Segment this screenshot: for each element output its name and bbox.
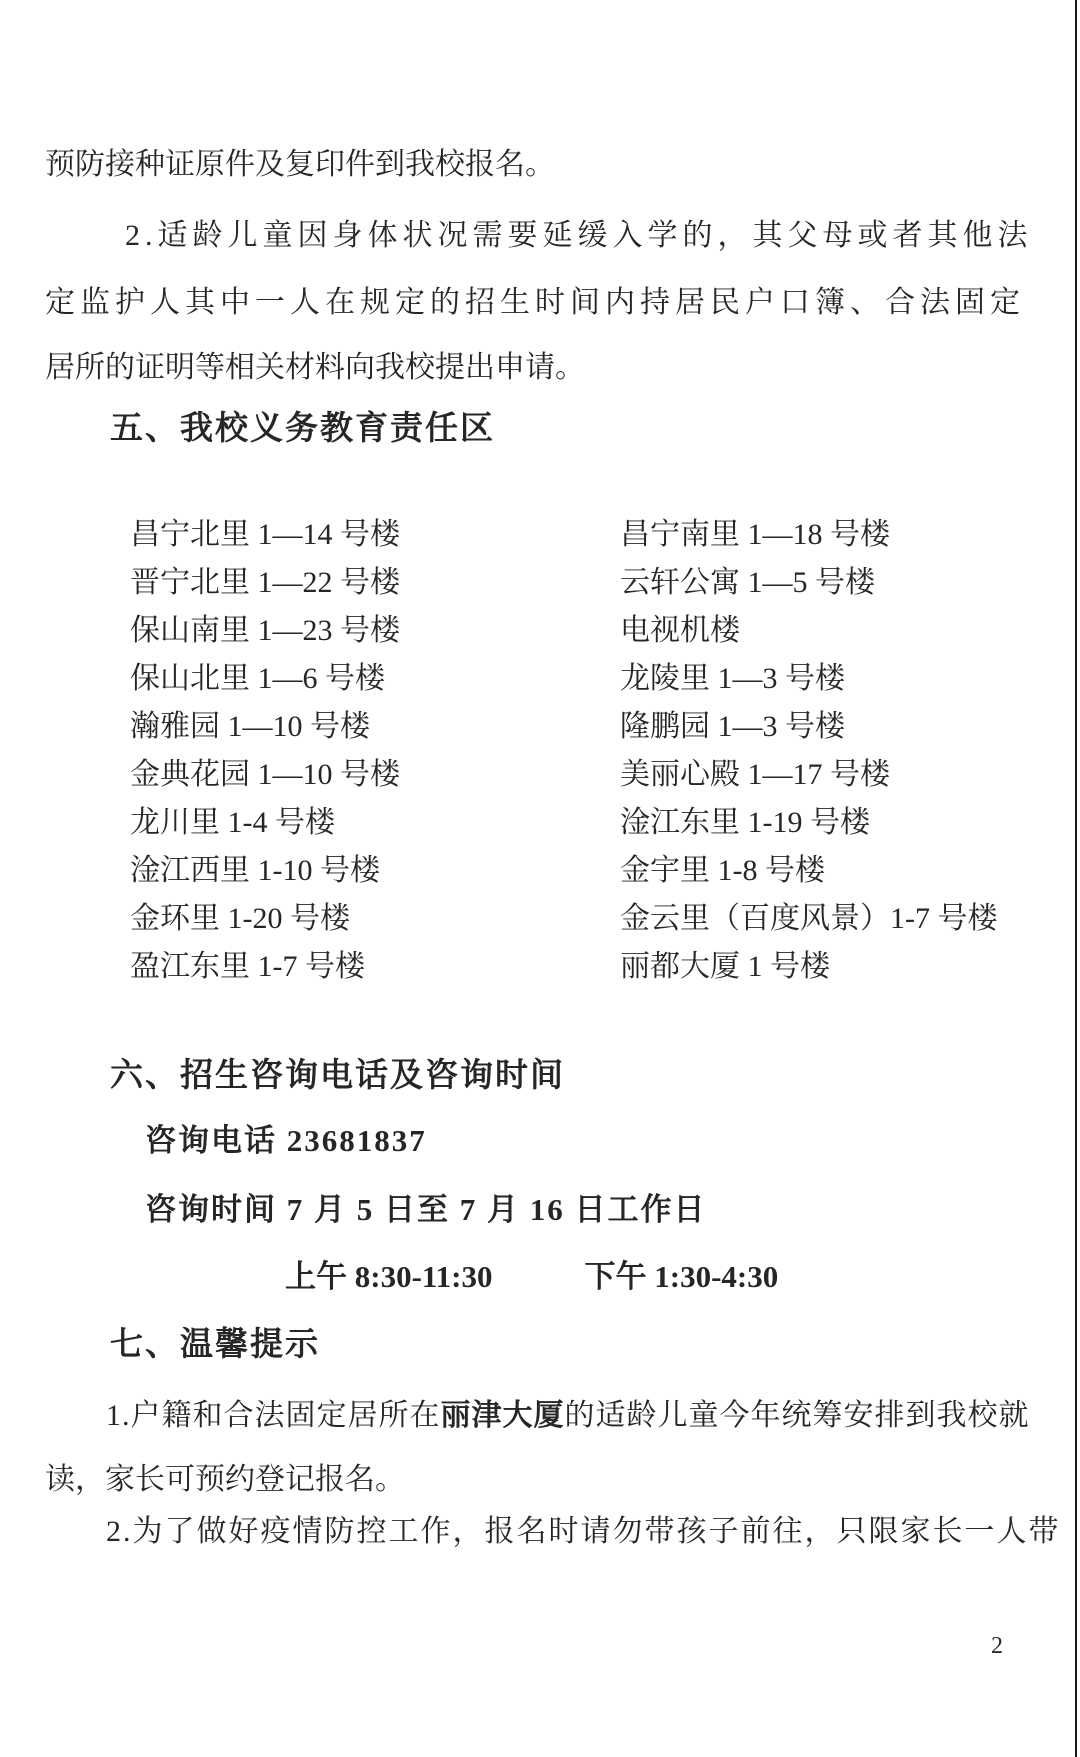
paragraph-vaccination-line: 预防接种证原件及复印件到我校报名。: [45, 148, 555, 182]
zone-item: 淦江东里 1-19 号楼: [620, 799, 1050, 847]
paragraph-deferral-line-2: 定监护人其中一人在规定的招生时间内持居民户口簿、合法固定: [45, 286, 1025, 320]
section7-heading: 七、温馨提示: [110, 1328, 320, 1362]
zone-item: 晋宁北里 1—22 号楼: [130, 559, 620, 607]
page-number: 2: [991, 1633, 1003, 1660]
consult-phone-line: 咨询电话 23681837: [145, 1124, 427, 1158]
zone-item: 昌宁南里 1—18 号楼: [620, 511, 1050, 559]
zone-item: 金环里 1-20 号楼: [130, 895, 620, 943]
consult-time-line: 咨询时间 7 月 5 日至 7 月 16 日工作日: [145, 1193, 707, 1227]
tip1-suffix: 的适龄儿童今年统筹安排到我校就: [565, 1399, 1030, 1432]
zone-item: 丽都大厦 1 号楼: [620, 943, 1050, 991]
section6-heading: 六、招生咨询电话及咨询时间: [110, 1059, 565, 1093]
paragraph-deferral-line-1: 2.适龄儿童因身体状况需要延缓入学的，其父母或者其他法: [125, 219, 1033, 253]
zone-item: 金宇里 1-8 号楼: [620, 847, 1050, 895]
zone-item: 盈江东里 1-7 号楼: [130, 943, 620, 991]
zone-item: 龙川里 1-4 号楼: [130, 799, 620, 847]
zone-item: 金典花园 1—10 号楼: [130, 751, 620, 799]
zone-item: 保山南里 1—23 号楼: [130, 607, 620, 655]
tip2-line: 2.为了做好疫情防控工作，报名时请勿带孩子前往，只限家长一人带: [106, 1515, 1061, 1549]
responsibility-zone-list: 昌宁北里 1—14 号楼 昌宁南里 1—18 号楼 晋宁北里 1—22 号楼 云…: [130, 511, 1050, 991]
zone-item: 云轩公寓 1—5 号楼: [620, 559, 1050, 607]
zone-item: 保山北里 1—6 号楼: [130, 655, 620, 703]
document-page: 预防接种证原件及复印件到我校报名。 2.适龄儿童因身体状况需要延缓入学的，其父母…: [0, 0, 1080, 1757]
tip1-bold-building: 丽津大厦: [441, 1399, 565, 1432]
tip1-line-1: 1.户籍和合法固定居所在丽津大厦的适龄儿童今年统筹安排到我校就: [106, 1399, 1030, 1433]
consult-hours-am: 上午 8:30-11:30: [285, 1260, 493, 1294]
tip1-line-2: 读，家长可预约登记报名。: [45, 1463, 405, 1497]
scan-edge-line: [1075, 0, 1077, 1757]
zone-item: 龙陵里 1—3 号楼: [620, 655, 1050, 703]
paragraph-deferral-line-3: 居所的证明等相关材料向我校提出申请。: [45, 351, 585, 385]
consult-hours-line: 上午 8:30-11:30下午 1:30-4:30: [285, 1260, 778, 1294]
zone-item: 瀚雅园 1—10 号楼: [130, 703, 620, 751]
zone-item: 美丽心殿 1—17 号楼: [620, 751, 1050, 799]
tip1-prefix: 1.户籍和合法固定居所在: [106, 1399, 441, 1432]
zone-item: 电视机楼: [620, 607, 1050, 655]
zone-item: 隆鹏园 1—3 号楼: [620, 703, 1050, 751]
zone-item: 金云里（百度风景）1-7 号楼: [620, 895, 1050, 943]
consult-hours-pm: 下午 1:30-4:30: [585, 1259, 779, 1294]
zone-item: 淦江西里 1-10 号楼: [130, 847, 620, 895]
zone-item: 昌宁北里 1—14 号楼: [130, 511, 620, 559]
section5-heading: 五、我校义务教育责任区: [110, 412, 495, 446]
